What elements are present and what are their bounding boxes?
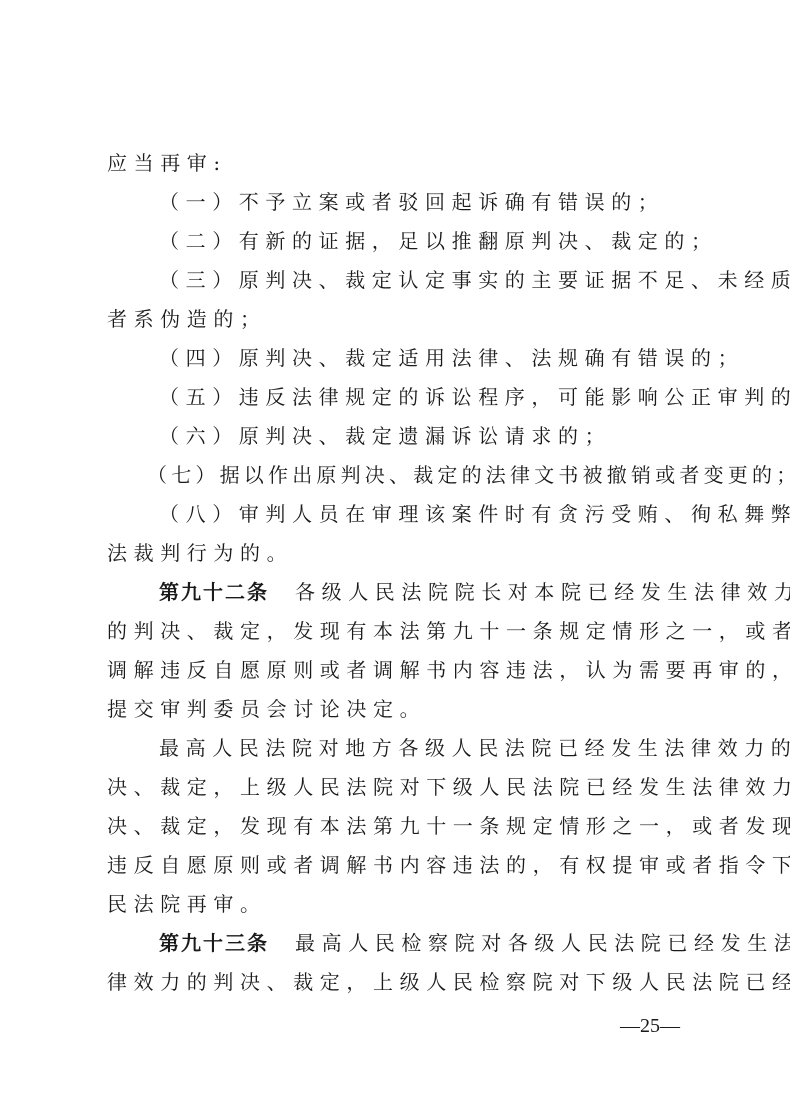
document-page: 应当再审: （一）不予立案或者驳回起诉确有错误的； （二）有新的证据，足以推翻原…	[107, 144, 693, 1002]
list-item-5: （五）违反法律规定的诉讼程序，可能影响公正审判的；	[107, 378, 693, 417]
article-92-para2-line: 最高人民法院对地方各级人民法院已经发生法律效力的判	[107, 729, 693, 768]
article-93-first-line: 第九十三条最高人民检察院对各级人民法院已经发生法	[107, 924, 693, 963]
article-92-para2-line: 决、裁定，上级人民法院对下级人民法院已经发生法律效力的判	[107, 768, 693, 807]
list-item-7: （七）据以作出原判决、裁定的法律文书被撤销或者变更的；	[107, 456, 693, 495]
list-item-3-continuation: 者系伪造的；	[107, 300, 693, 339]
list-item-2: （二）有新的证据，足以推翻原判决、裁定的；	[107, 222, 693, 261]
list-item-6: （六）原判决、裁定遗漏诉讼请求的；	[107, 417, 693, 456]
article-93-text: 最高人民检察院对各级人民法院已经发生法	[295, 931, 790, 955]
article-92-para2-line: 民法院再审。	[107, 885, 693, 924]
list-item-3: （三）原判决、裁定认定事实的主要证据不足、未经质证或	[107, 261, 693, 300]
article-93-number: 第九十三条	[159, 931, 269, 955]
list-item-4: （四）原判决、裁定适用法律、法规确有错误的；	[107, 339, 693, 378]
text-line: 应当再审:	[107, 144, 693, 183]
article-93-line: 律效力的判决、裁定，上级人民检察院对下级人民法院已经发生	[107, 963, 693, 1002]
article-92-para2-line: 违反自愿原则或者调解书内容违法的，有权提审或者指令下级人	[107, 846, 693, 885]
article-92-line: 调解违反自愿原则或者调解书内容违法，认为需要再审的，应当	[107, 651, 693, 690]
list-item-8-continuation: 法裁判行为的。	[107, 534, 693, 573]
article-92-first-line: 第九十二条各级人民法院院长对本院已经发生法律效力	[107, 573, 693, 612]
article-92-text: 各级人民法院院长对本院已经发生法律效力	[295, 580, 790, 604]
article-92-line: 提交审判委员会讨论决定。	[107, 690, 693, 729]
article-92-line: 的判决、裁定，发现有本法第九十一条规定情形之一，或者发现	[107, 612, 693, 651]
article-92-number: 第九十二条	[159, 580, 269, 604]
page-number: —25—	[620, 1015, 680, 1038]
article-92-para2-line: 决、裁定，发现有本法第九十一条规定情形之一，或者发现调解	[107, 807, 693, 846]
list-item-1: （一）不予立案或者驳回起诉确有错误的；	[107, 183, 693, 222]
list-item-8: （八）审判人员在审理该案件时有贪污受贿、徇私舞弊、枉	[107, 495, 693, 534]
